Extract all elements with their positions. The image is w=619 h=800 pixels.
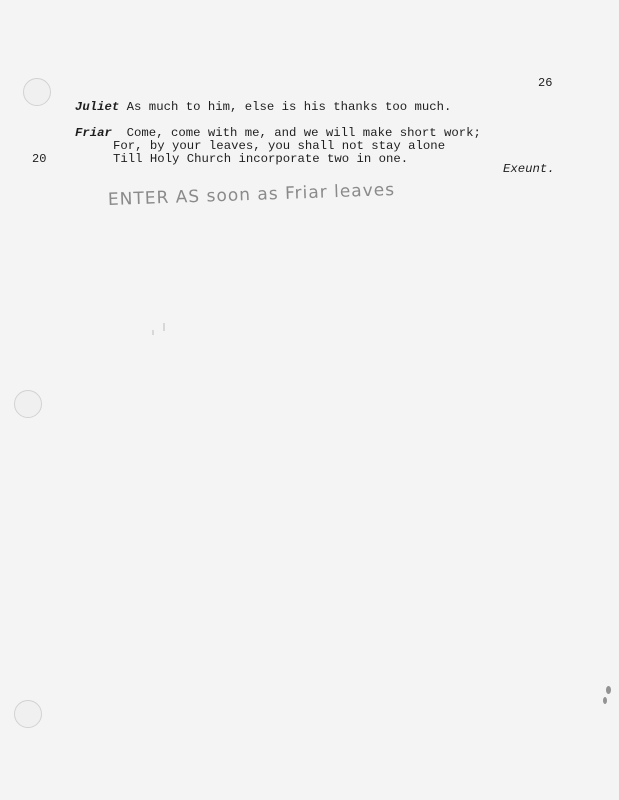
line-number: 20 bbox=[32, 152, 46, 166]
handwritten-note: ENTER AS soon as Friar leaves bbox=[108, 180, 396, 210]
ink-smudge bbox=[606, 686, 611, 694]
dialogue-text: As much to him, else is his thanks too m… bbox=[127, 100, 452, 114]
stage-direction: Exeunt. bbox=[503, 162, 555, 176]
ink-smudge bbox=[603, 697, 607, 704]
dialogue-text: Come, come with me, and we will make sho… bbox=[127, 126, 481, 140]
dialogue-line-continuation: For, by your leaves, you shall not stay … bbox=[113, 139, 445, 153]
dialogue-line-friar: Friar Come, come with me, and we will ma… bbox=[75, 126, 481, 140]
page-number: 26 bbox=[538, 76, 552, 90]
punch-hole-middle bbox=[14, 390, 42, 418]
speaker-name: Juliet bbox=[75, 100, 119, 114]
script-page: 26 Juliet As much to him, else is his th… bbox=[0, 0, 619, 800]
punch-hole-top bbox=[23, 78, 51, 106]
dialogue-line-continuation: Till Holy Church incorporate two in one. bbox=[113, 152, 408, 166]
scan-artifact bbox=[163, 323, 165, 331]
dialogue-line-juliet: Juliet As much to him, else is his thank… bbox=[75, 100, 451, 114]
scan-artifact bbox=[152, 330, 154, 335]
punch-hole-bottom bbox=[14, 700, 42, 728]
speaker-name: Friar bbox=[75, 126, 112, 140]
